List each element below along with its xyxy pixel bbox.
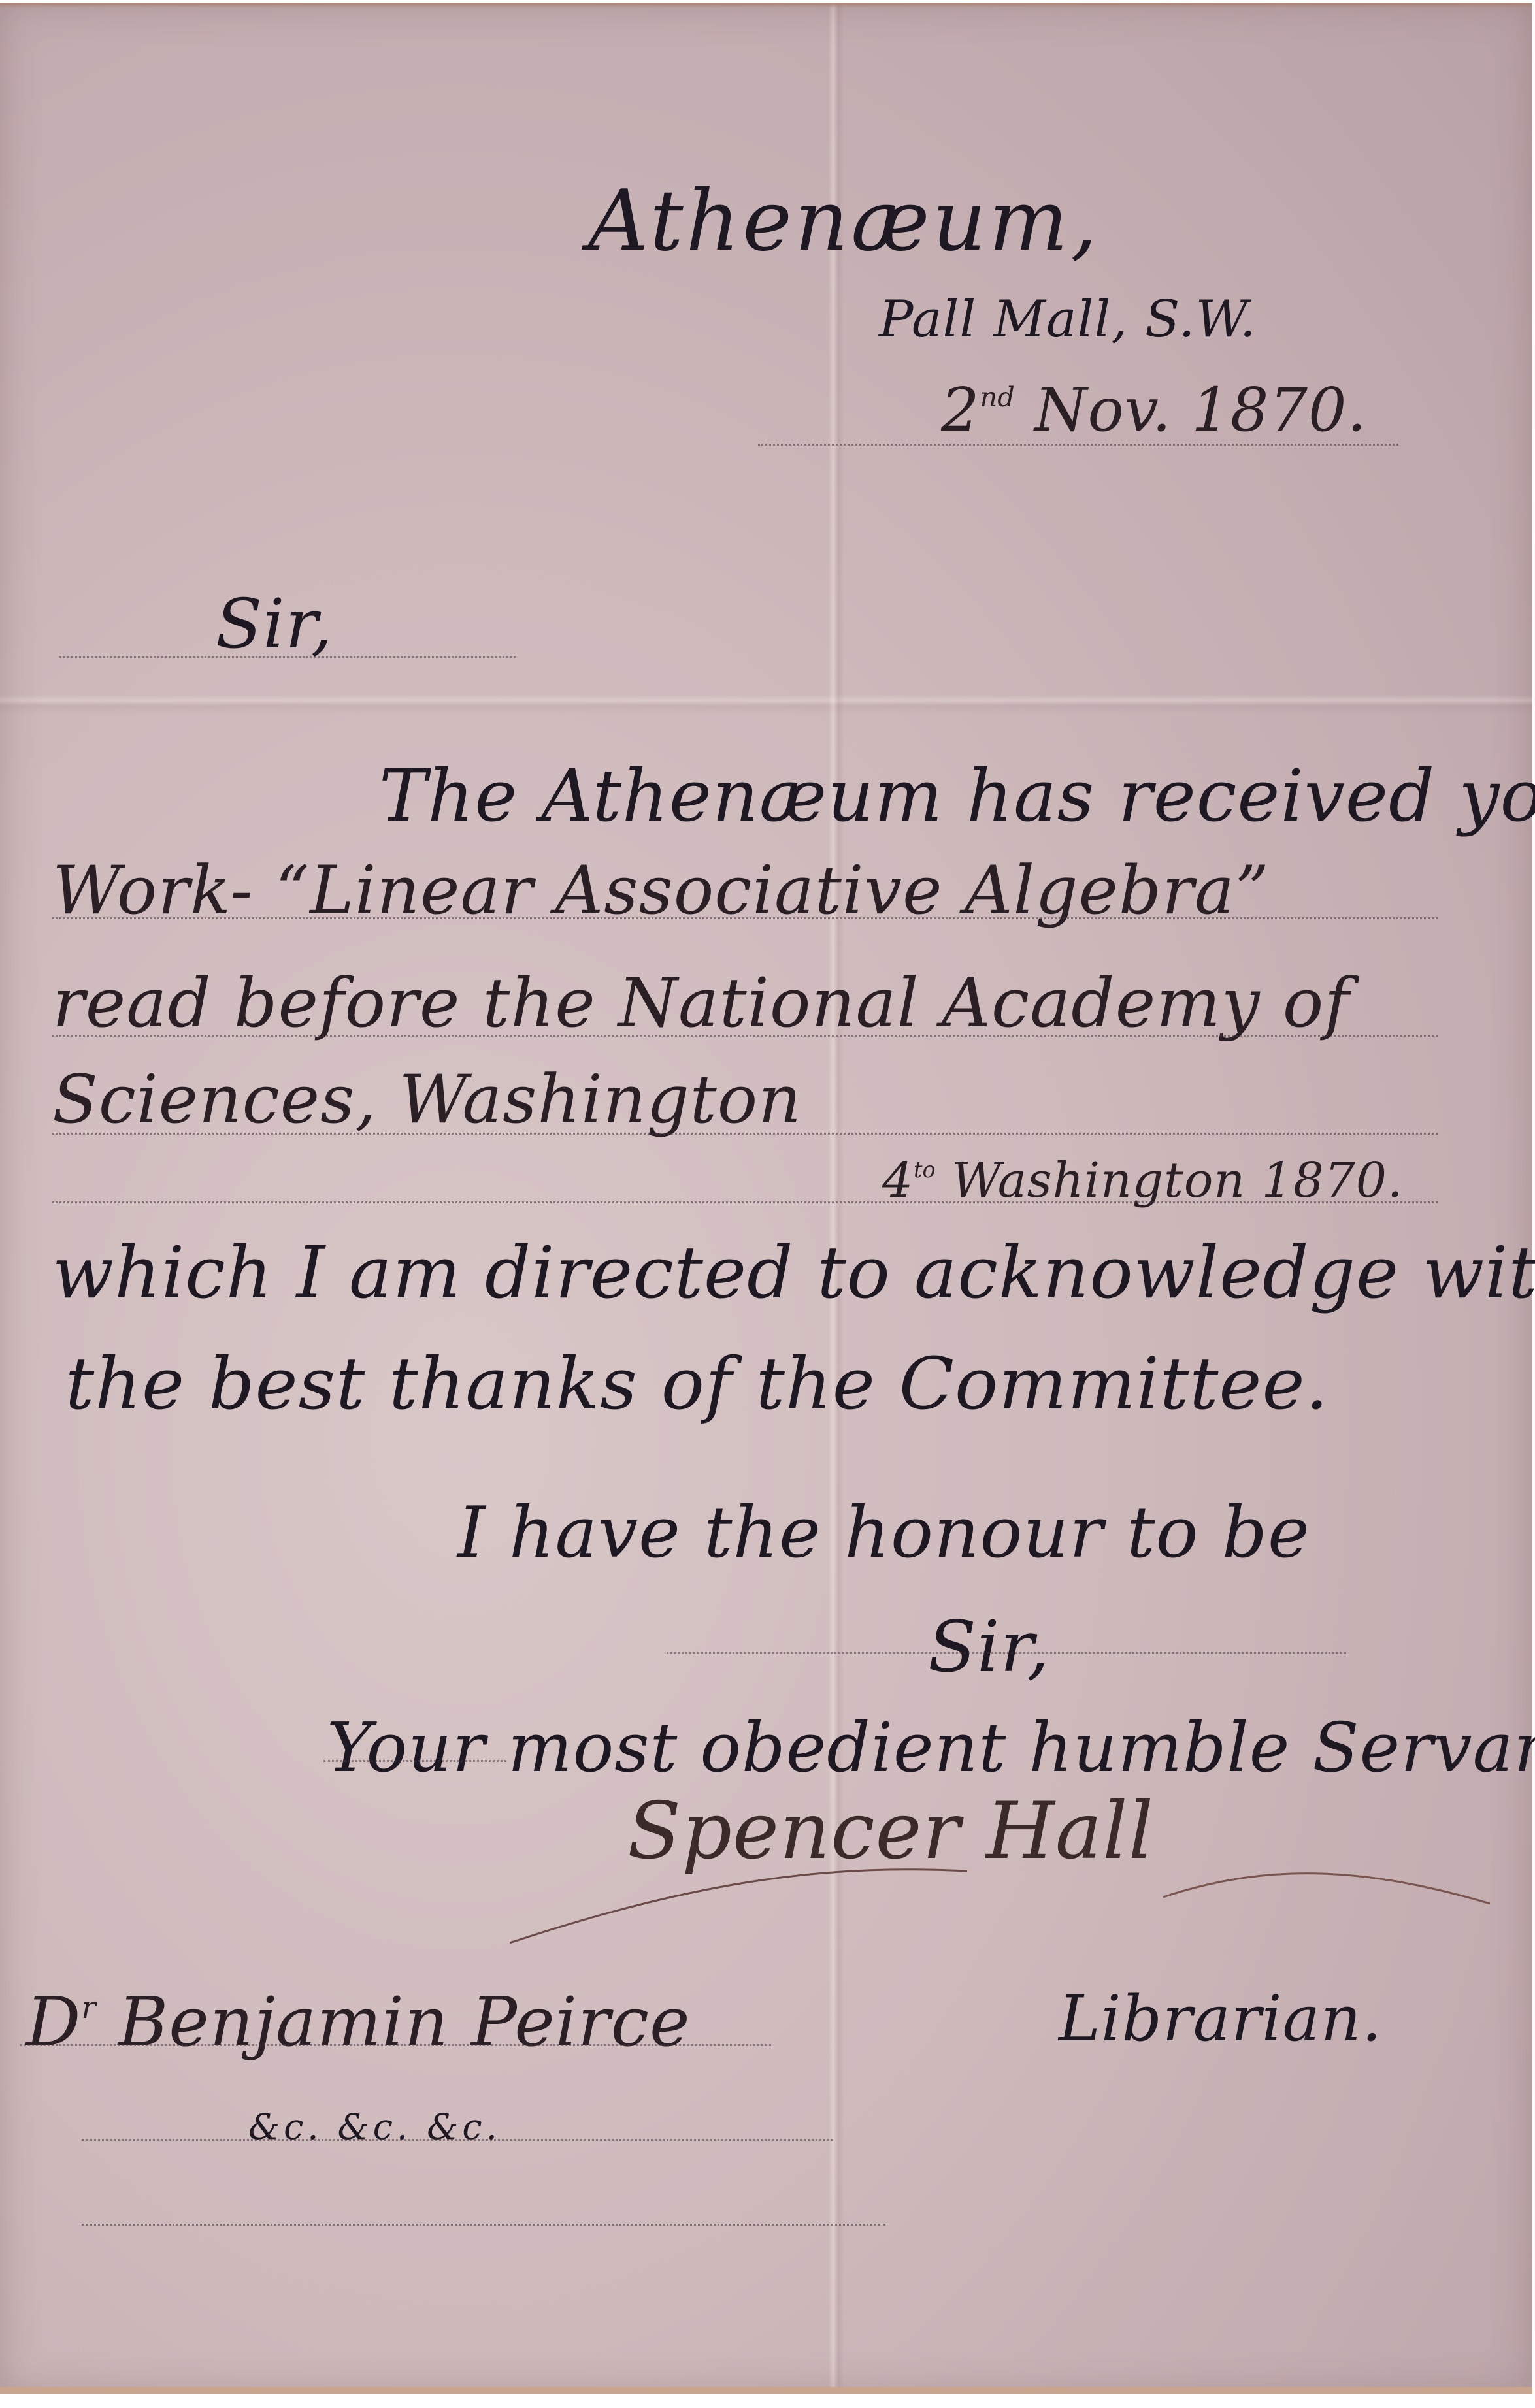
signature-flourish-icon [510, 1851, 1490, 1949]
body-line-1: The Athenæum has received your [379, 754, 1535, 838]
body-line-4: Sciences, Washington [52, 1061, 802, 1139]
body-line-6: which I am directed to acknowledge with [52, 1231, 1535, 1314]
closing-line-3: Your most obedient humble Servant. [327, 1708, 1535, 1787]
letter-paper: Athenæum, Pall Mall, S.W. 2nd Nov. 1870.… [0, 3, 1532, 2394]
salutation: Sir, [216, 584, 333, 664]
date-rule-line [758, 444, 1398, 446]
closing-rule-line [667, 1652, 1346, 1654]
salutation-rule-line [59, 656, 516, 658]
addressee-prefix: D [26, 1982, 81, 2062]
body-line-3: read before the National Academy of [52, 963, 1350, 1043]
date-day-suffix: nd [980, 382, 1015, 413]
addressee-rule-line [20, 2044, 771, 2046]
addressee-name: Dr Benjamin Peirce [26, 1982, 691, 2062]
body-rule-line-4 [52, 1133, 1438, 1135]
date-day: 2 [941, 375, 980, 445]
body-line-5: 4to Washington 1870. [882, 1152, 1403, 1209]
body-line-5-prefix-suffix: to [914, 1157, 935, 1182]
signatory-title: Librarian. [1059, 1982, 1382, 2055]
body-rule-line-2 [52, 917, 1438, 919]
addressee-etc: &c. &c. &c. [248, 2106, 501, 2147]
addressee-full-name: Benjamin Peirce [96, 1982, 691, 2062]
letter-date: 2nd Nov. 1870. [941, 375, 1367, 445]
body-rule-line-3 [52, 1035, 1438, 1037]
letterhead-institution: Athenæum, [588, 172, 1100, 270]
addressee-rule-line-2 [82, 2139, 833, 2141]
addressee-rule-line-3 [82, 2224, 885, 2226]
body-rule-line-5 [52, 1201, 1438, 1203]
closing-line-3-rule [323, 1760, 506, 1762]
body-line-5-text: Washington 1870. [951, 1152, 1403, 1209]
letterhead-address: Pall Mall, S.W. [879, 290, 1257, 349]
date-month-year: Nov. 1870. [1015, 375, 1367, 445]
addressee-prefix-suffix: r [81, 1991, 95, 2026]
body-line-7: the best thanks of the Committee. [65, 1342, 1329, 1425]
closing-line-1: I have the honour to be [457, 1492, 1310, 1574]
closing-line-2: Sir, [928, 1606, 1050, 1688]
body-line-5-prefix: 4 [882, 1152, 914, 1209]
